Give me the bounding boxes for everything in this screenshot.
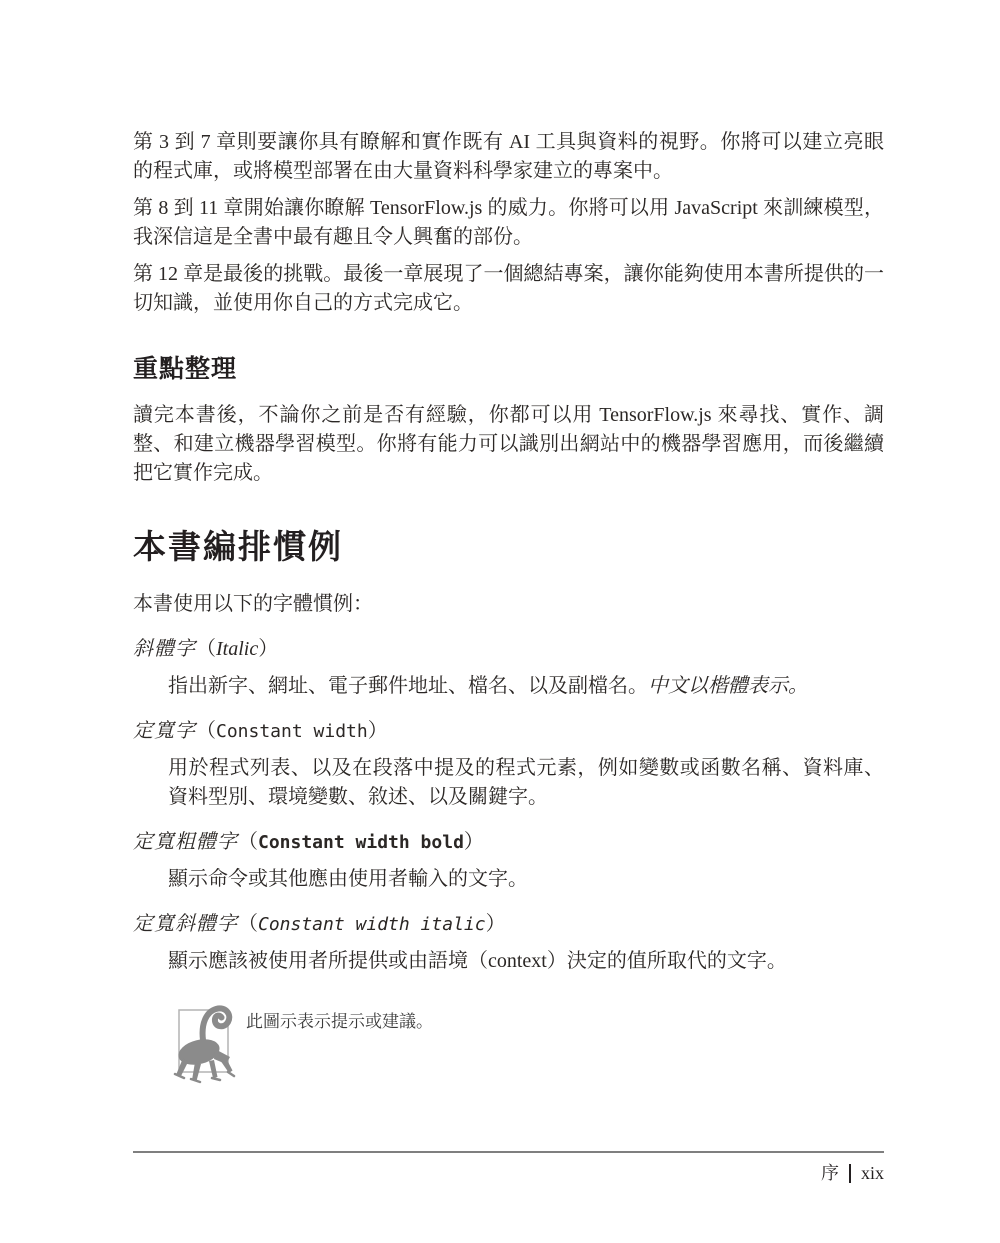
convention-term-constant-width-italic: 定寬斜體字（Constant width italic） [133,910,884,939]
conventions-heading: 本書編排慣例 [133,528,884,566]
lemur-tip-icon [170,1004,236,1086]
desc-main: 指出新字、網址、電子郵件地址、檔名、以及副檔名。 [168,675,648,697]
term-en: Constant width italic [258,914,486,935]
paren-open: （ [196,638,216,660]
desc-main: 顯示應該被使用者所提供或由語境（context）決定的值所取代的文字。 [168,950,787,972]
term-en: Constant width bold [258,832,464,853]
desc-note: 中文以楷體表示。 [648,675,808,697]
page-footer: 序xix [133,1151,884,1185]
term-zh: 定寬粗體字 [133,831,238,853]
paren-close: ） [258,638,278,660]
page-content: 第 3 到 7 章則要讓你具有瞭解和實作既有 AI 工具與資料的視野。你將可以建… [133,0,884,1086]
convention-desc: 用於程式列表、以及在段落中提及的程式元素，例如變數或函數名稱、資料庫、資料型別、… [133,754,884,812]
paren-open: （ [238,831,258,853]
term-zh: 定寬字 [133,720,196,742]
desc-main: 顯示命令或其他應由使用者輸入的文字。 [168,868,528,890]
convention-term-constant-width-bold: 定寬粗體字（Constant width bold） [133,828,884,857]
summary-heading: 重點整理 [133,354,884,384]
paren-open: （ [238,913,258,935]
convention-term-italic: 斜體字（Italic） [133,635,884,664]
convention-desc: 顯示命令或其他應由使用者輸入的文字。 [133,865,884,894]
intro-paragraph: 第 3 到 7 章則要讓你具有瞭解和實作既有 AI 工具與資料的視野。你將可以建… [133,128,884,186]
book-page: 第 3 到 7 章則要讓你具有瞭解和實作既有 AI 工具與資料的視野。你將可以建… [0,0,1000,1243]
term-en: Italic [216,638,258,660]
tip-block: 此圖示表示提示或建議。 [170,1004,884,1086]
footer-divider [849,1164,851,1183]
term-en: Constant width [216,721,368,742]
footer-section-label: 序 [821,1163,839,1183]
tip-text: 此圖示表示提示或建議。 [246,1004,433,1035]
term-zh: 定寬斜體字 [133,913,238,935]
paren-open: （ [196,720,216,742]
convention-desc: 顯示應該被使用者所提供或由語境（context）決定的值所取代的文字。 [133,947,884,976]
paren-close: ） [486,913,506,935]
paren-close: ） [368,720,388,742]
convention-term-constant-width: 定寬字（Constant width） [133,717,884,746]
intro-paragraph: 第 8 到 11 章開始讓你瞭解 TensorFlow.js 的威力。你將可以用… [133,194,884,252]
term-zh: 斜體字 [133,638,196,660]
summary-paragraph: 讀完本書後，不論你之前是否有經驗，你都可以用 TensorFlow.js 來尋找… [133,401,884,488]
paren-close: ） [464,831,484,853]
desc-main: 用於程式列表、以及在段落中提及的程式元素，例如變數或函數名稱、資料庫、資料型別、… [168,757,884,808]
conventions-intro: 本書使用以下的字體慣例： [133,590,884,619]
convention-desc: 指出新字、網址、電子郵件地址、檔名、以及副檔名。中文以楷體表示。 [133,672,884,701]
footer-page-number: xix [861,1163,884,1183]
intro-paragraph: 第 12 章是最後的挑戰。最後一章展現了一個總結專案，讓你能夠使用本書所提供的一… [133,260,884,318]
